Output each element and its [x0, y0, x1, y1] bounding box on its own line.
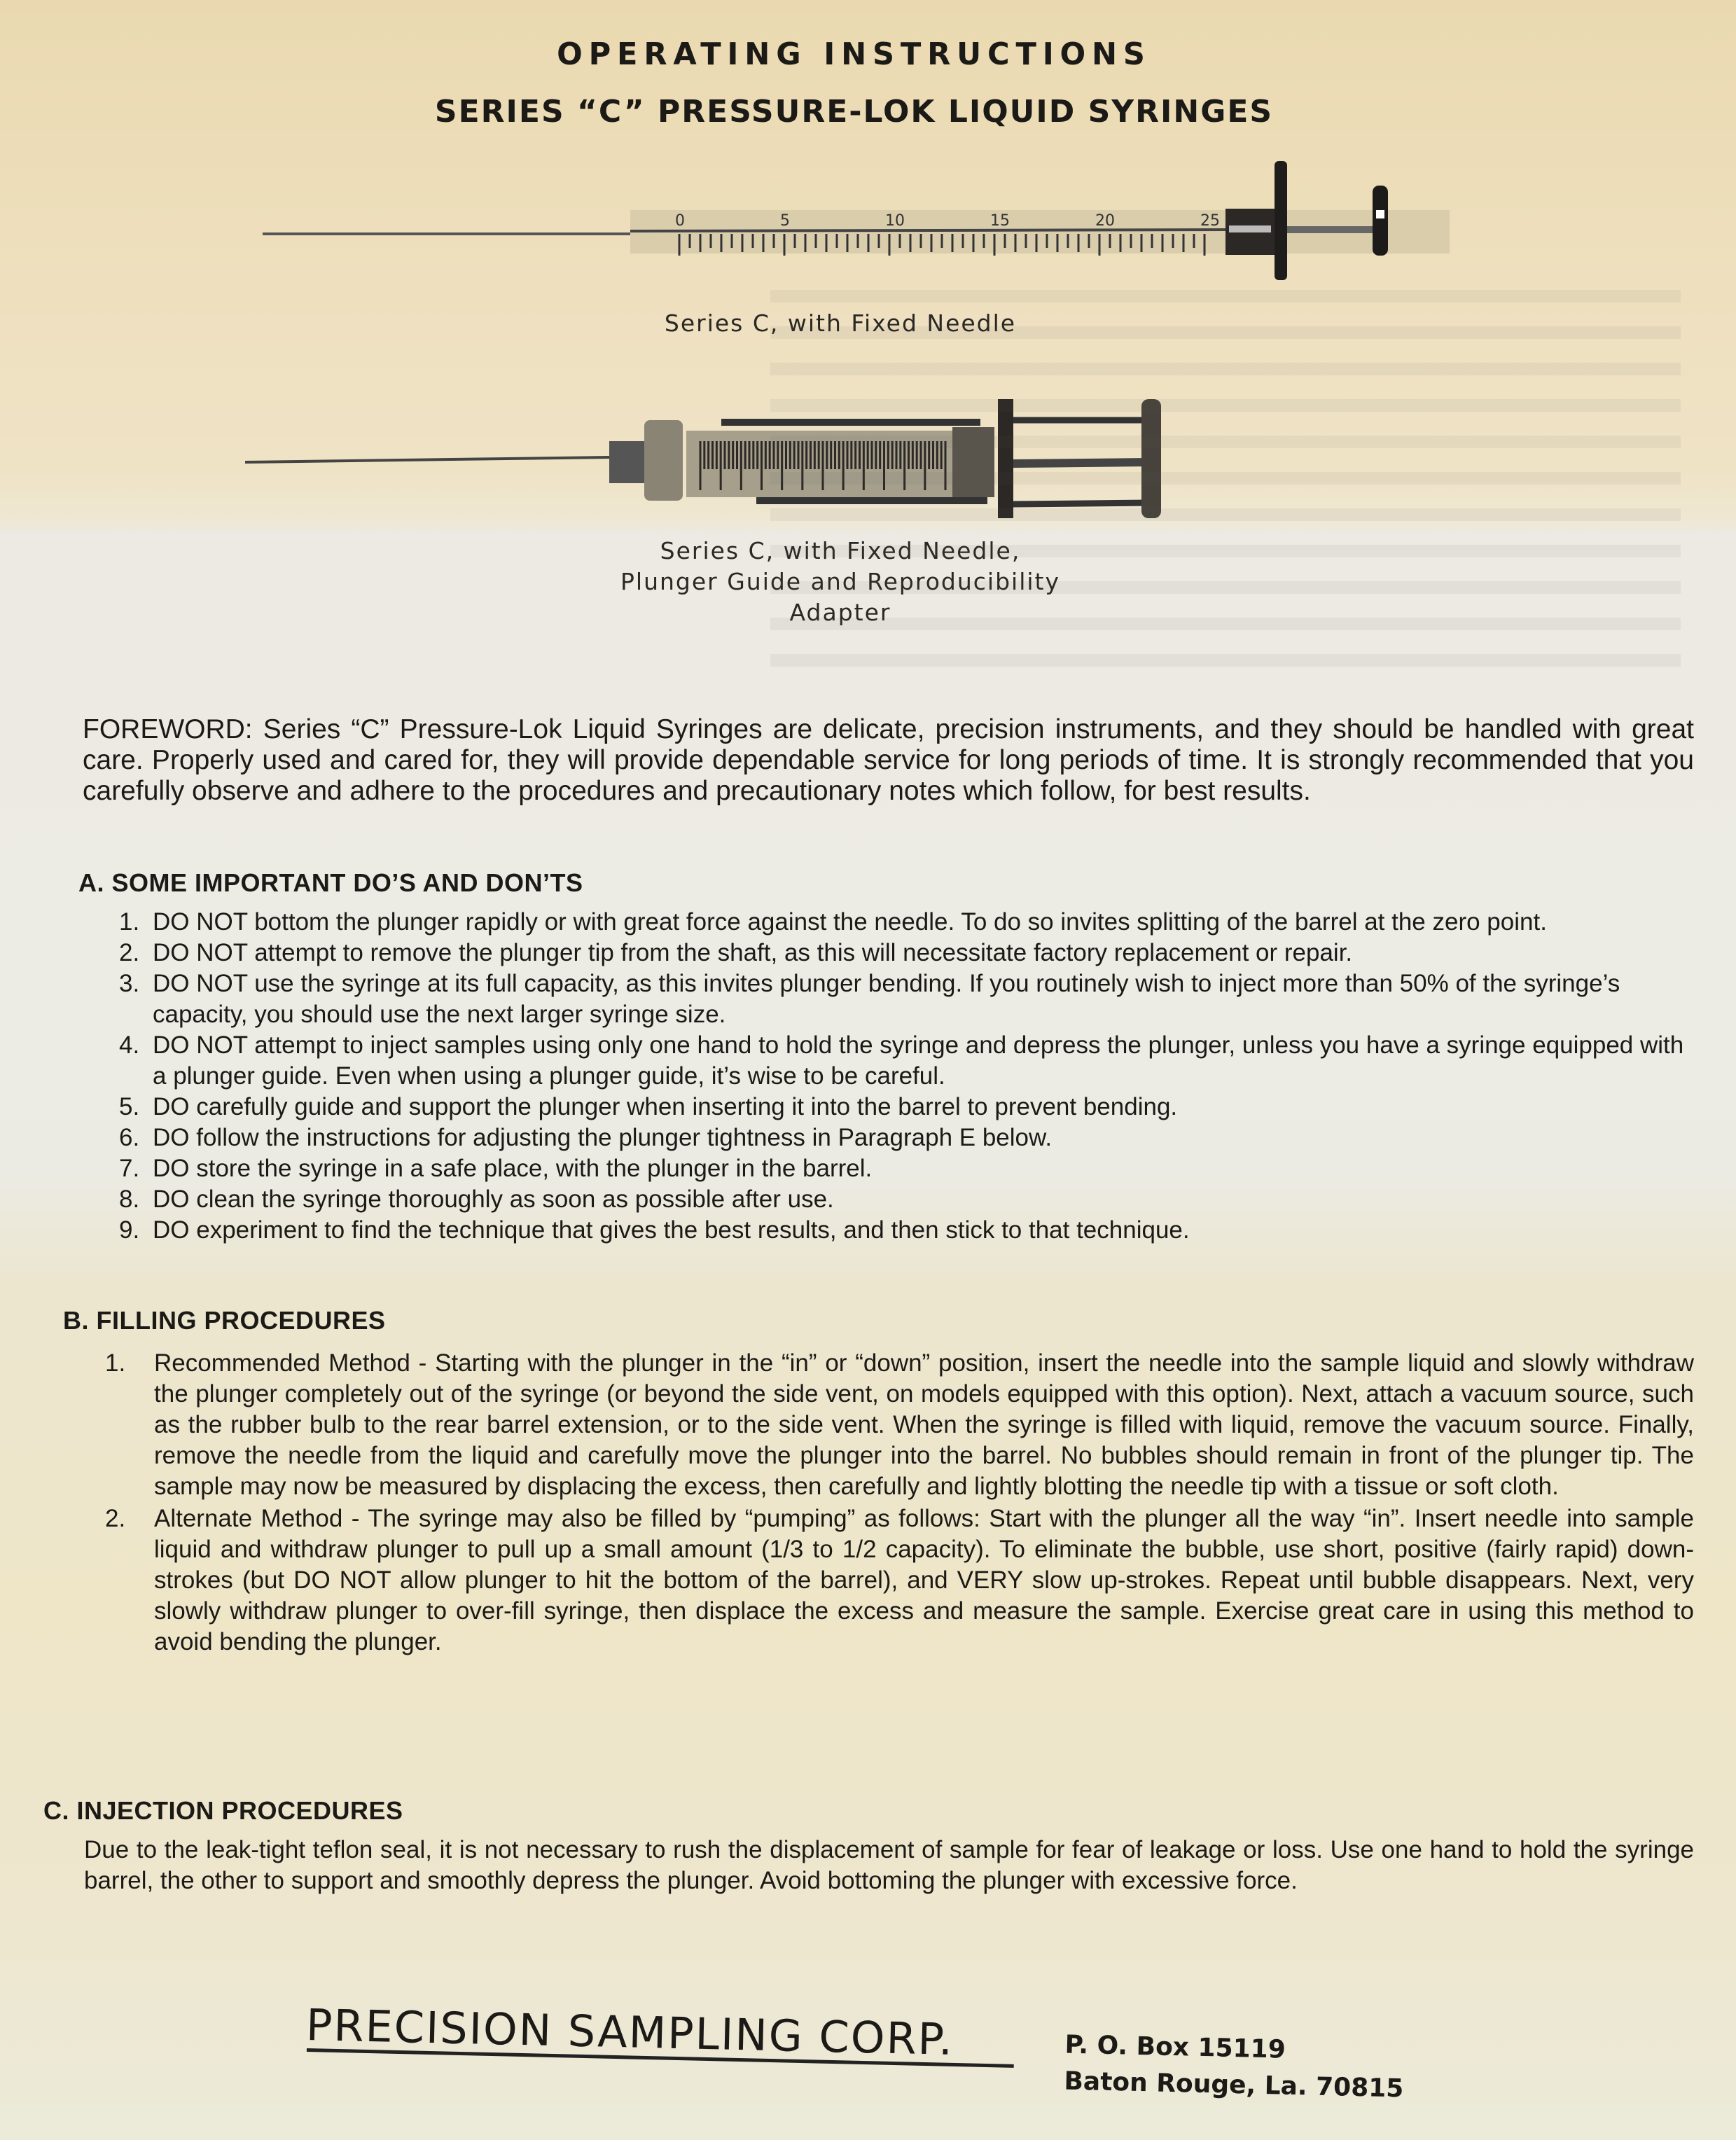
section-c-heading: C. INJECTION PROCEDURES: [43, 1796, 403, 1826]
list-item: 8.DO clean the syringe thoroughly as soo…: [119, 1184, 1694, 1215]
item-text: DO NOT use the syringe at its full capac…: [153, 968, 1694, 1030]
document-title: OPERATING INSTRUCTIONS: [4, 36, 1704, 72]
item-text: DO store the syringe in a safe place, wi…: [153, 1153, 1694, 1184]
list-item: 9.DO experiment to find the technique th…: [119, 1215, 1694, 1246]
svg-text:10: 10: [885, 212, 905, 230]
syringe-illustration-fixed-needle: 0510152025: [259, 161, 1450, 280]
item-text: DO NOT attempt to remove the plunger tip…: [153, 938, 1694, 968]
item-number: 1.: [105, 1348, 154, 1502]
item-text: DO NOT bottom the plunger rapidly or wit…: [153, 907, 1694, 938]
item-text: Alternate Method - The syringe may also …: [154, 1503, 1694, 1658]
list-item: 2.Alternate Method - The syringe may als…: [105, 1503, 1694, 1658]
svg-text:25: 25: [1200, 212, 1220, 230]
list-item: 7.DO store the syringe in a safe place, …: [119, 1153, 1694, 1184]
foreword-paragraph: FOREWORD: Series “C” Pressure-Lok Liquid…: [83, 714, 1694, 807]
item-number: 4.: [119, 1030, 153, 1092]
item-number: 7.: [119, 1153, 153, 1184]
item-text: Recommended Method - Starting with the p…: [154, 1348, 1694, 1502]
item-text: DO follow the instructions for adjusting…: [153, 1123, 1694, 1153]
section-a-heading: A. SOME IMPORTANT DO’S AND DON’TS: [78, 868, 583, 898]
item-number: 5.: [119, 1092, 153, 1123]
item-text: DO clean the syringe thoroughly as soon …: [153, 1184, 1694, 1215]
item-text: DO experiment to find the technique that…: [153, 1215, 1694, 1246]
injection-procedures-paragraph: Due to the leak-tight teflon seal, it is…: [84, 1835, 1694, 1896]
svg-text:5: 5: [780, 212, 790, 230]
item-number: 3.: [119, 968, 153, 1030]
item-number: 2.: [119, 938, 153, 968]
item-number: 9.: [119, 1215, 153, 1246]
bleed-through-text: [770, 266, 1681, 686]
list-item: 5.DO carefully guide and support the plu…: [119, 1092, 1694, 1123]
item-number: 8.: [119, 1184, 153, 1215]
company-address: P. O. Box 15119 Baton Rouge, La. 70815: [1064, 2027, 1405, 2108]
svg-text:20: 20: [1095, 212, 1115, 230]
section-b-heading: B. FILLING PROCEDURES: [63, 1306, 386, 1335]
item-number: 2.: [105, 1503, 154, 1658]
item-text: DO NOT attempt to inject samples using o…: [153, 1030, 1694, 1092]
filling-procedures-list: 1.Recommended Method - Starting with the…: [105, 1348, 1694, 1659]
list-item: 4.DO NOT attempt to inject samples using…: [119, 1030, 1694, 1092]
item-number: 1.: [119, 907, 153, 938]
list-item: 1.DO NOT bottom the plunger rapidly or w…: [119, 907, 1694, 938]
list-item: 1.Recommended Method - Starting with the…: [105, 1348, 1694, 1502]
dos-and-donts-list: 1.DO NOT bottom the plunger rapidly or w…: [119, 907, 1694, 1246]
list-item: 6.DO follow the instructions for adjusti…: [119, 1123, 1694, 1153]
list-item: 3.DO NOT use the syringe at its full cap…: [119, 968, 1694, 1030]
svg-text:15: 15: [990, 212, 1010, 230]
document-page: OPERATING INSTRUCTIONS SERIES “C” PRESSU…: [0, 0, 1736, 2140]
item-text: DO carefully guide and support the plung…: [153, 1092, 1694, 1123]
document-subtitle: SERIES “C” PRESSURE-LOK LIQUID SYRINGES: [0, 94, 1722, 130]
item-number: 6.: [119, 1123, 153, 1153]
list-item: 2.DO NOT attempt to remove the plunger t…: [119, 938, 1694, 968]
svg-text:0: 0: [675, 212, 685, 230]
